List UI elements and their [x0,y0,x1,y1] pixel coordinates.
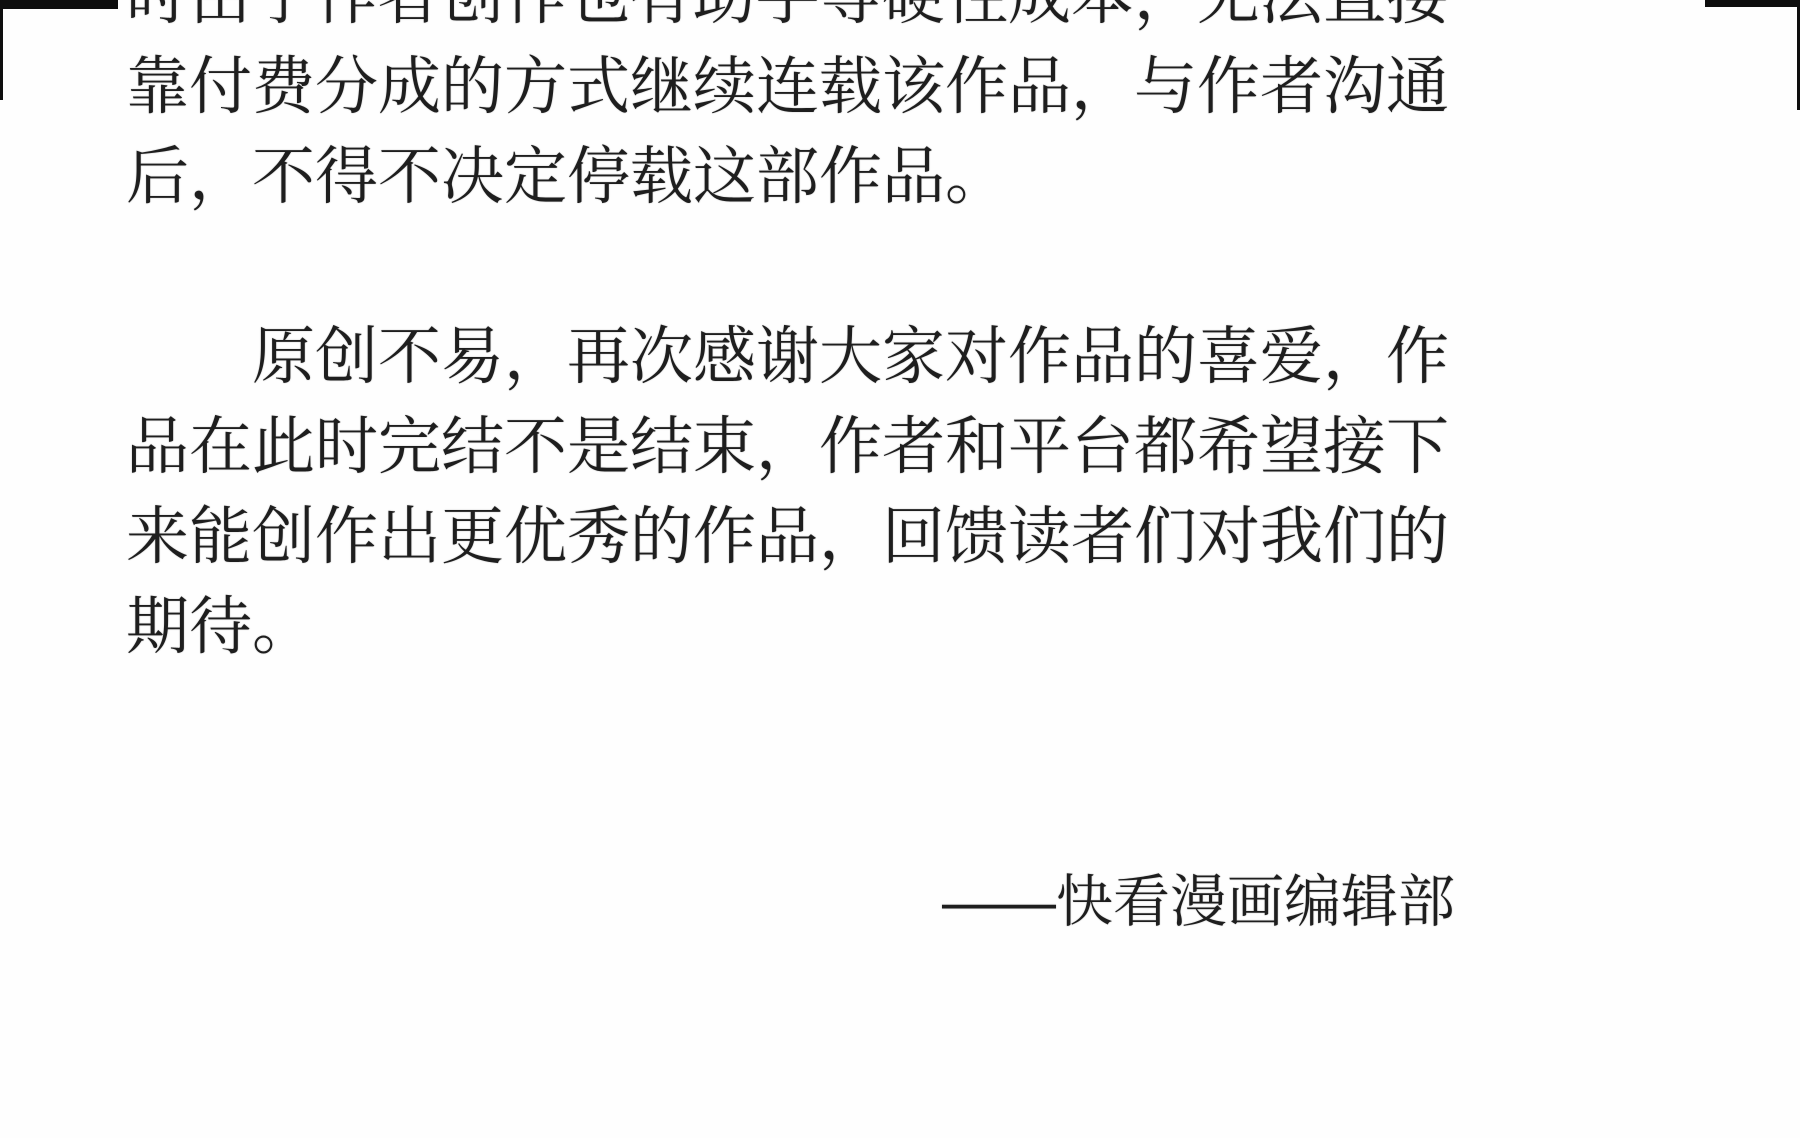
notice-line: 靠付费分成的方式继续连载该作品，与作者沟通 [126,42,1456,132]
notice-text-block: 时由于作者创作也有助手等硬性成本，无法直接 靠付费分成的方式继续连载该作品，与作… [126,0,1456,672]
notice-line: 品在此时完结不是结束，作者和平台都希望接下 [126,402,1456,492]
notice-line: 原创不易，再次感谢大家对作品的喜爱，作 [126,312,1456,402]
comic-notice-page: 时由于作者创作也有助手等硬性成本，无法直接 靠付费分成的方式继续连载该作品，与作… [0,0,1800,1138]
notice-line: 来能创作出更优秀的作品，回馈读者们对我们的 [126,492,1456,582]
notice-paragraph-2: 原创不易，再次感谢大家对作品的喜爱，作 品在此时完结不是结束，作者和平台都希望接… [126,312,1456,672]
notice-line: 后，不得不决定停载这部作品。 [126,132,1456,222]
panel-border-remnant-top-right [1705,0,1800,7]
panel-border-remnant-top-left [0,0,118,9]
notice-line: 时由于作者创作也有助手等硬性成本，无法直接 [126,0,1456,42]
editorial-signature: ——快看漫画编辑部 [942,862,1455,942]
notice-line: 期待。 [126,582,1456,672]
panel-border-remnant-left-edge [0,0,3,100]
notice-paragraph-1: 时由于作者创作也有助手等硬性成本，无法直接 靠付费分成的方式继续连载该作品，与作… [126,0,1456,222]
